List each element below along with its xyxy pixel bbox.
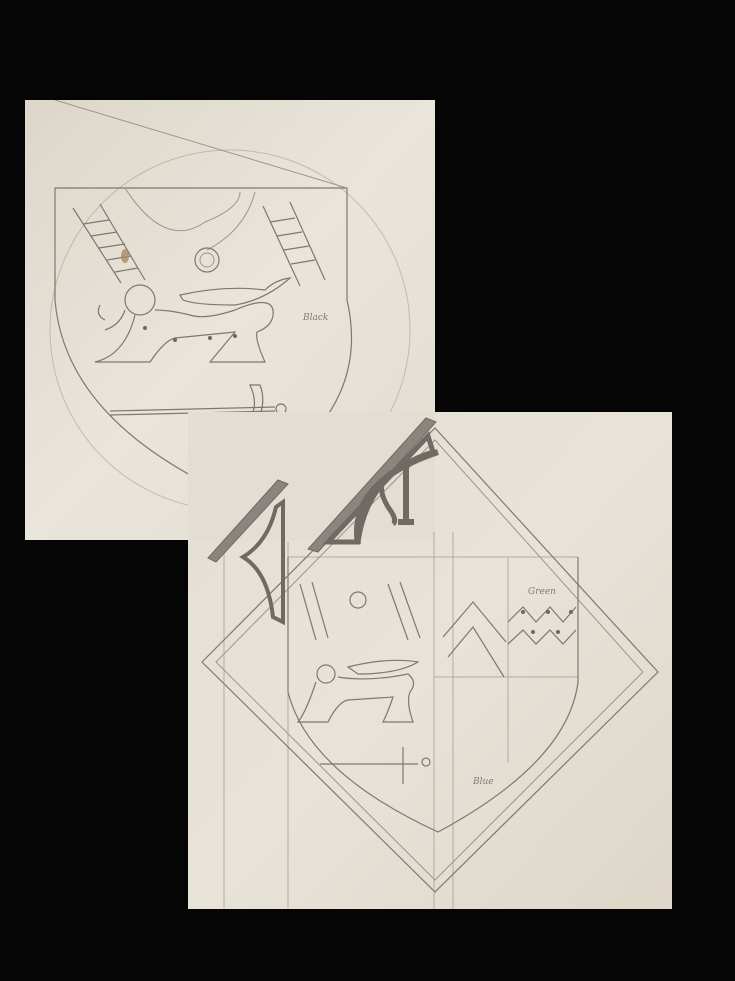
lower-sheet: Green Blue bbox=[188, 412, 672, 909]
annotation-black: Black bbox=[302, 313, 328, 323]
lower-sheet-drawing: Green Blue bbox=[188, 412, 672, 909]
annotation-green: Green bbox=[528, 587, 556, 597]
annotation-blue: Blue bbox=[472, 777, 494, 787]
